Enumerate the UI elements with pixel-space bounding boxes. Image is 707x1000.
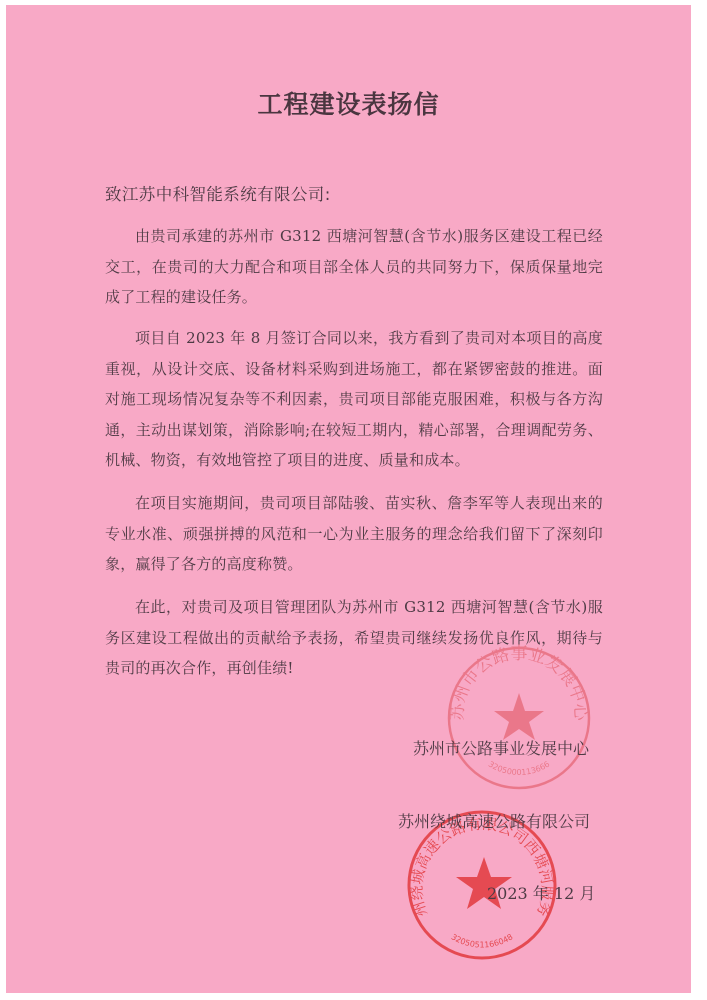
paragraph-completion: 由贵司承建的苏州市 G312 西塘河智慧(含节水)服务区建设工程已经交工，在贵司… [105, 221, 603, 313]
svg-text:3205051166048: 3205051166048 [450, 932, 515, 949]
signer-highway-center: 苏州市公路事业发展中心 [413, 736, 589, 759]
letter-date: 2023 年 12 月 [487, 881, 595, 904]
paragraph-team-praise: 在项目实施期间，贵司项目部陆骏、苗实秋、詹李军等人表现出来的专业水准、顽强拼搏的… [105, 488, 603, 580]
salutation: 致江苏中科智能系统有限公司: [105, 181, 331, 205]
letter-page: 工程建设表扬信 致江苏中科智能系统有限公司: 由贵司承建的苏州市 G312 西塘… [6, 5, 691, 993]
svg-text:3205000113666: 3205000113666 [487, 759, 552, 776]
signer-expressway-company: 苏州绕城高速公路有限公司 [398, 809, 590, 832]
paragraph-project-progress: 项目自 2023 年 8 月签订合同以来，我方看到了贵司对本项目的高度重视，从设… [105, 323, 603, 476]
paragraph-commendation: 在此，对贵司及项目管理团队为苏州市 G312 西塘河智慧(含节水)服务区建设工程… [105, 592, 603, 684]
letter-title: 工程建设表扬信 [6, 85, 691, 121]
star-icon [494, 693, 544, 740]
